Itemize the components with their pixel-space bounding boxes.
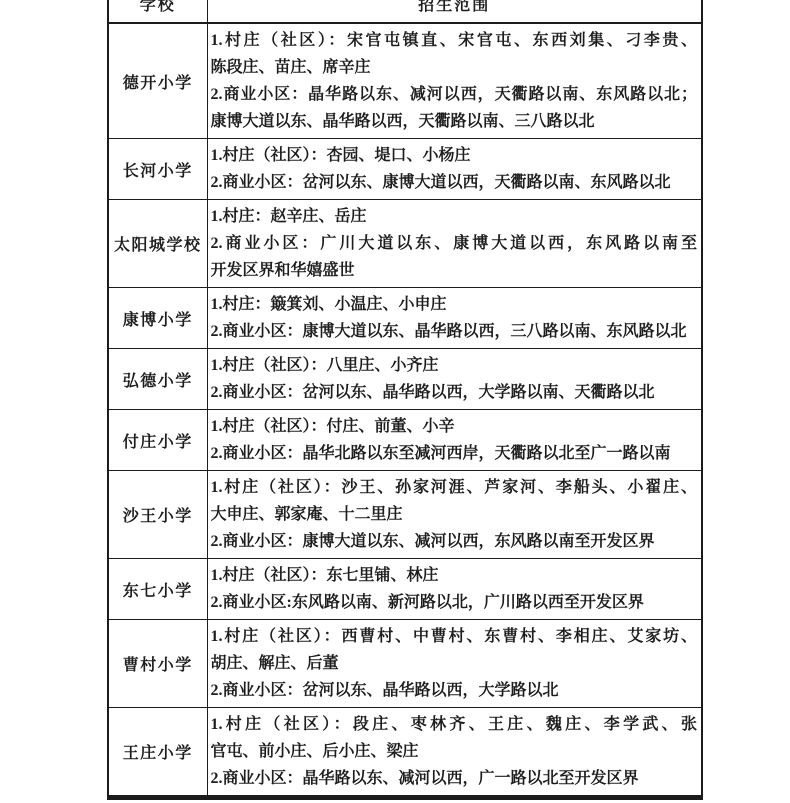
range-cell: 1.村庄（社区）：东七里铺、林庄2.商业小区:东风路以南、新河路以北，广川路以西… bbox=[207, 559, 702, 620]
enrollment-table-wrapper: 学校 招生范围 德开小学 1.村庄（社区）：宋官屯镇直、宋官屯、东西刘集、刁李贵… bbox=[107, 0, 703, 800]
range-line: 1.村庄：赵辛庄、岳庄 bbox=[211, 203, 698, 230]
table-row: 康博小学 1.村庄：簸箕刘、小温庄、小申庄2.商业小区：康博大道以东、晶华路以西… bbox=[108, 288, 702, 349]
school-name: 东七小学 bbox=[108, 559, 207, 620]
table-body: 德开小学 1.村庄（社区）：宋官屯镇直、宋官屯、东西刘集、刁李贵、陈段庄、苗庄、… bbox=[108, 23, 702, 798]
table-row: 德开小学 1.村庄（社区）：宋官屯镇直、宋官屯、东西刘集、刁李贵、陈段庄、苗庄、… bbox=[108, 23, 702, 139]
range-line: 1.村庄（社区）：杏园、堤口、小杨庄 bbox=[211, 142, 698, 169]
range-line: 胡庄、解庄、后董 bbox=[211, 650, 698, 677]
range-line: 1.村庄：簸箕刘、小温庄、小申庄 bbox=[211, 291, 698, 318]
range-cell: 1.村庄（社区）：西曹村、中曹村、东曹村、李相庄、艾家坊、胡庄、解庄、后董2.商… bbox=[207, 620, 702, 708]
range-line: 官屯、前小庄、后小庄、梁庄 bbox=[211, 738, 698, 765]
range-line: 2.商业小区：岔河以东、康博大道以西，天衢路以南、东风路以北 bbox=[211, 169, 698, 196]
table-row: 东七小学 1.村庄（社区）：东七里铺、林庄2.商业小区:东风路以南、新河路以北，… bbox=[108, 559, 702, 620]
range-line: 2.商业小区：晶华北路以东至减河西岸，天衢路以北至广一路以南 bbox=[211, 440, 698, 467]
school-name: 太阳城学校 bbox=[108, 200, 207, 288]
range-line: 1.村庄（社区）：西曹村、中曹村、东曹村、李相庄、艾家坊、 bbox=[211, 623, 698, 650]
range-line: 陈段庄、苗庄、席辛庄 bbox=[211, 54, 698, 81]
range-line: 开发区界和华嬉盛世 bbox=[211, 257, 698, 284]
table-row: 长河小学 1.村庄（社区）：杏园、堤口、小杨庄2.商业小区：岔河以东、康博大道以… bbox=[108, 139, 702, 200]
range-line: 2.商业小区：晶华路以东、减河以西，广一路以北至开发区界 bbox=[211, 765, 698, 792]
range-cell: 1.村庄：簸箕刘、小温庄、小申庄2.商业小区：康博大道以东、晶华路以西，三八路以… bbox=[207, 288, 702, 349]
school-name: 弘德小学 bbox=[108, 349, 207, 410]
school-name: 付庄小学 bbox=[108, 410, 207, 471]
range-line: 1.村庄（社区）：付庄、前董、小辛 bbox=[211, 413, 698, 440]
range-line: 2.商业小区：晶华路以东、减河以西，天衢路以南、东风路以北； bbox=[211, 81, 698, 108]
school-name: 康博小学 bbox=[108, 288, 207, 349]
range-line: 2.商业小区：康博大道以东、晶华路以西，三八路以南、东风路以北 bbox=[211, 318, 698, 345]
range-line: 1.村庄（社区）：沙王、孙家河涯、芦家河、李船头、小翟庄、 bbox=[211, 474, 698, 501]
range-line: 康博大道以东、晶华路以西，天衢路以南、三八路以北 bbox=[211, 108, 698, 135]
table-row: 太阳城学校 1.村庄：赵辛庄、岳庄2.商业小区：广川大道以东、康博大道以西，东风… bbox=[108, 200, 702, 288]
table-row: 付庄小学 1.村庄（社区）：付庄、前董、小辛2.商业小区：晶华北路以东至减河西岸… bbox=[108, 410, 702, 471]
range-line: 大申庄、郭家庵、十二里庄 bbox=[211, 501, 698, 528]
range-cell: 1.村庄（社区）：杏园、堤口、小杨庄2.商业小区：岔河以东、康博大道以西，天衢路… bbox=[207, 139, 702, 200]
range-line: 1.村庄（社区）：东七里铺、林庄 bbox=[211, 562, 698, 589]
range-line: 2.商业小区：广川大道以东、康博大道以西，东风路以南至 bbox=[211, 230, 698, 257]
school-name: 长河小学 bbox=[108, 139, 207, 200]
table-row: 弘德小学 1.村庄（社区）：八里庄、小齐庄2.商业小区：岔河以东、晶华路以西，大… bbox=[108, 349, 702, 410]
header-range-column: 招生范围 bbox=[207, 0, 702, 23]
range-cell: 1.村庄（社区）：段庄、枣林齐、王庄、魏庄、李学武、张官屯、前小庄、后小庄、梁庄… bbox=[207, 708, 702, 798]
range-line: 1.村庄（社区）：段庄、枣林齐、王庄、魏庄、李学武、张 bbox=[211, 711, 698, 738]
table-row: 沙王小学 1.村庄（社区）：沙王、孙家河涯、芦家河、李船头、小翟庄、大申庄、郭家… bbox=[108, 471, 702, 559]
range-line: 2.商业小区：康博大道以东、减河以西，东风路以南至开发区界 bbox=[211, 528, 698, 555]
table-row: 王庄小学 1.村庄（社区）：段庄、枣林齐、王庄、魏庄、李学武、张官屯、前小庄、后… bbox=[108, 708, 702, 798]
range-cell: 1.村庄（社区）：八里庄、小齐庄2.商业小区：岔河以东、晶华路以西，大学路以南、… bbox=[207, 349, 702, 410]
range-line: 1.村庄（社区）：宋官屯镇直、宋官屯、东西刘集、刁李贵、 bbox=[211, 27, 698, 54]
table-row: 曹村小学 1.村庄（社区）：西曹村、中曹村、东曹村、李相庄、艾家坊、胡庄、解庄、… bbox=[108, 620, 702, 708]
range-cell: 1.村庄（社区）：付庄、前董、小辛2.商业小区：晶华北路以东至减河西岸，天衢路以… bbox=[207, 410, 702, 471]
range-line: 2.商业小区：岔河以东、晶华路以西，大学路以南、天衢路以北 bbox=[211, 379, 698, 406]
range-cell: 1.村庄（社区）：宋官屯镇直、宋官屯、东西刘集、刁李贵、陈段庄、苗庄、席辛庄2.… bbox=[207, 23, 702, 139]
school-name: 沙王小学 bbox=[108, 471, 207, 559]
range-cell: 1.村庄（社区）：沙王、孙家河涯、芦家河、李船头、小翟庄、大申庄、郭家庵、十二里… bbox=[207, 471, 702, 559]
range-line: 2.商业小区：岔河以东、晶华路以西，大学路以北 bbox=[211, 677, 698, 704]
header-school-column: 学校 bbox=[108, 0, 207, 23]
school-name: 曹村小学 bbox=[108, 620, 207, 708]
enrollment-table: 学校 招生范围 德开小学 1.村庄（社区）：宋官屯镇直、宋官屯、东西刘集、刁李贵… bbox=[107, 0, 703, 800]
school-name: 德开小学 bbox=[108, 23, 207, 139]
range-line: 2.商业小区:东风路以南、新河路以北，广川路以西至开发区界 bbox=[211, 589, 698, 616]
school-name: 王庄小学 bbox=[108, 708, 207, 798]
range-cell: 1.村庄：赵辛庄、岳庄2.商业小区：广川大道以东、康博大道以西，东风路以南至开发… bbox=[207, 200, 702, 288]
range-line: 1.村庄（社区）：八里庄、小齐庄 bbox=[211, 352, 698, 379]
header-row: 学校 招生范围 bbox=[108, 0, 702, 23]
